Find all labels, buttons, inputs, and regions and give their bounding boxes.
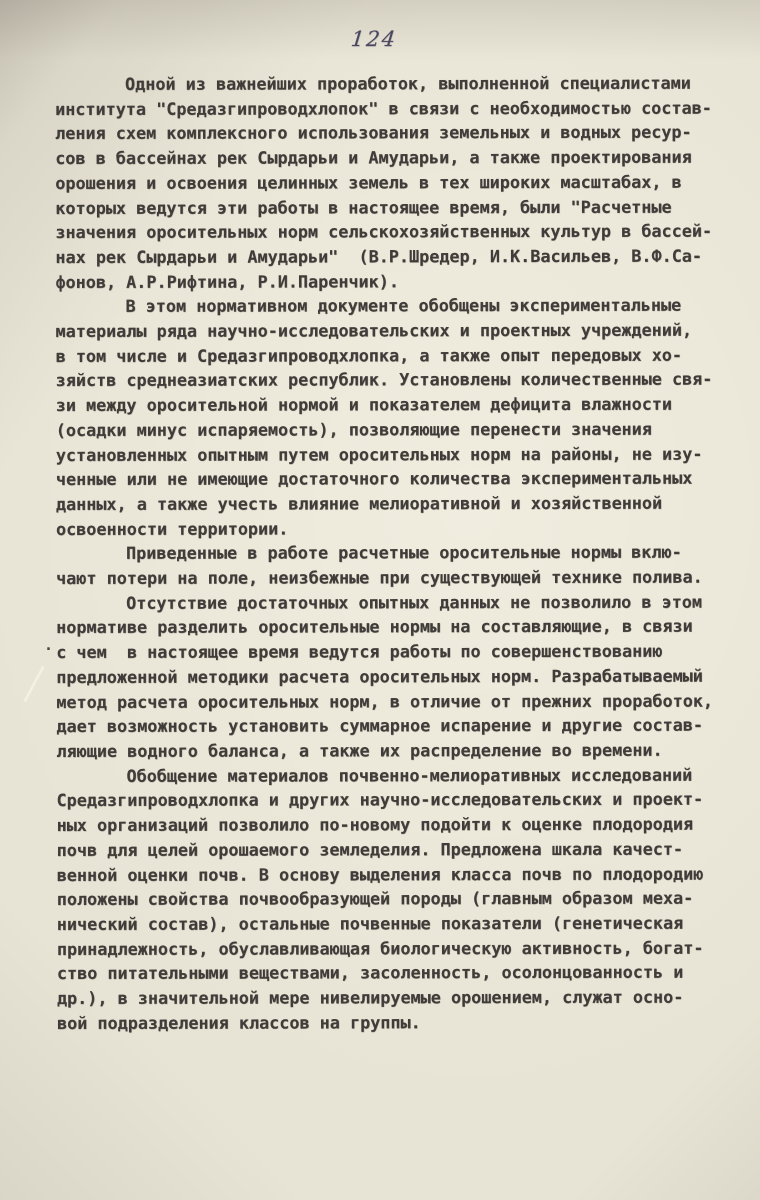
text-line: Обобщение материалов почвенно-мелиоратив…	[56, 762, 736, 788]
text-line: предложенной методики расчета оросительн…	[56, 663, 736, 689]
text-line: в том числе и Средазгипроводхлопка, а та…	[56, 342, 736, 368]
text-line: значения оросительных норм сельскохозяйс…	[55, 219, 735, 245]
text-line: почв для целей орошаемого земледелия. Пр…	[57, 836, 737, 862]
text-line: фонов, А.Р.Рифтина, Р.И.Паренчик).	[55, 268, 735, 294]
text-line: освоенности территории.	[56, 515, 736, 541]
text-line: с чем в настоящее время ведутся работы п…	[56, 639, 736, 665]
margin-artifact-dot: ·	[44, 640, 53, 658]
text-line: которых ведутся эти работы в настоящее в…	[55, 194, 735, 220]
text-line: сов в бассейнах рек Сырдарьи и Амударьи,…	[55, 145, 735, 171]
text-line: ляющие водного баланса, а также их распр…	[56, 738, 736, 764]
text-line: вой подразделения классов на группы.	[57, 1009, 737, 1035]
text-line: др.), в значительной мере нивелируемые о…	[57, 985, 737, 1011]
paragraph: Приведенные в работе расчетные ороситель…	[56, 540, 736, 591]
text-line: дает возможность установить суммарное ис…	[56, 713, 736, 739]
text-line: ных организаций позволило по-новому подо…	[57, 812, 737, 838]
paragraph: В этом нормативном документе обобщены эк…	[55, 293, 736, 541]
text-line: зи между оросительной нормой и показател…	[56, 392, 736, 418]
text-line: орошения и освоения целинных земель в те…	[55, 169, 735, 195]
text-line: Приведенные в работе расчетные ороситель…	[56, 540, 736, 566]
text-line: (осадки минус испаряемость), позволяющие…	[56, 416, 736, 442]
text-line: нический состав), остальные почвенные по…	[57, 910, 737, 936]
text-line: ления схем комплексного использования зе…	[55, 120, 735, 146]
text-line: зяйств среднеазиатских республик. Устано…	[56, 367, 736, 393]
text-line: метод расчета оросительных норм, в отлич…	[56, 688, 736, 714]
text-line: данных, а также учесть влияние мелиорати…	[56, 491, 736, 517]
text-line: Средазгипроводхлопка и других научно-исс…	[57, 787, 737, 813]
text-line: ство питательными веществами, засоленнос…	[57, 960, 737, 986]
text-line: материалы ряда научно-исследовательских …	[56, 318, 736, 344]
text-line: Одной из важнейших проработок, выполненн…	[55, 71, 735, 97]
text-line: принадлежность, обуславливающая биологич…	[57, 935, 737, 961]
text-line: венной оценки почв. В основу выделения к…	[57, 861, 737, 887]
text-line: ченные или не имеющие достаточного колич…	[56, 466, 736, 492]
document-body: Одной из важнейших проработок, выполненн…	[55, 71, 737, 1036]
text-line: установленных опытным путем оросительных…	[56, 441, 736, 467]
text-line: нах рек Сырдарьи и Амударьи" (В.Р.Шредер…	[55, 243, 735, 269]
text-line: чают потери на поле, неизбежные при суще…	[56, 565, 736, 591]
text-line: Отсутствие достаточных опытных данных не…	[56, 589, 736, 615]
text-line: института "Средазгипроводхлопок" в связи…	[55, 95, 735, 121]
scanned-document-page: 124 Одной из важнейших проработок, выпол…	[0, 0, 760, 1200]
text-line: нормативе разделить оросительные нормы н…	[56, 614, 736, 640]
paragraph: Одной из важнейших проработок, выполненн…	[55, 71, 735, 295]
text-line: В этом нормативном документе обобщены эк…	[55, 293, 735, 319]
page-number: 124	[0, 27, 755, 51]
paper-crease-line	[24, 666, 45, 702]
text-line: положены свойства почвообразующей породы…	[57, 886, 737, 912]
paragraph: Обобщение материалов почвенно-мелиоратив…	[56, 762, 737, 1035]
paragraph: Отсутствие достаточных опытных данных не…	[56, 589, 736, 763]
